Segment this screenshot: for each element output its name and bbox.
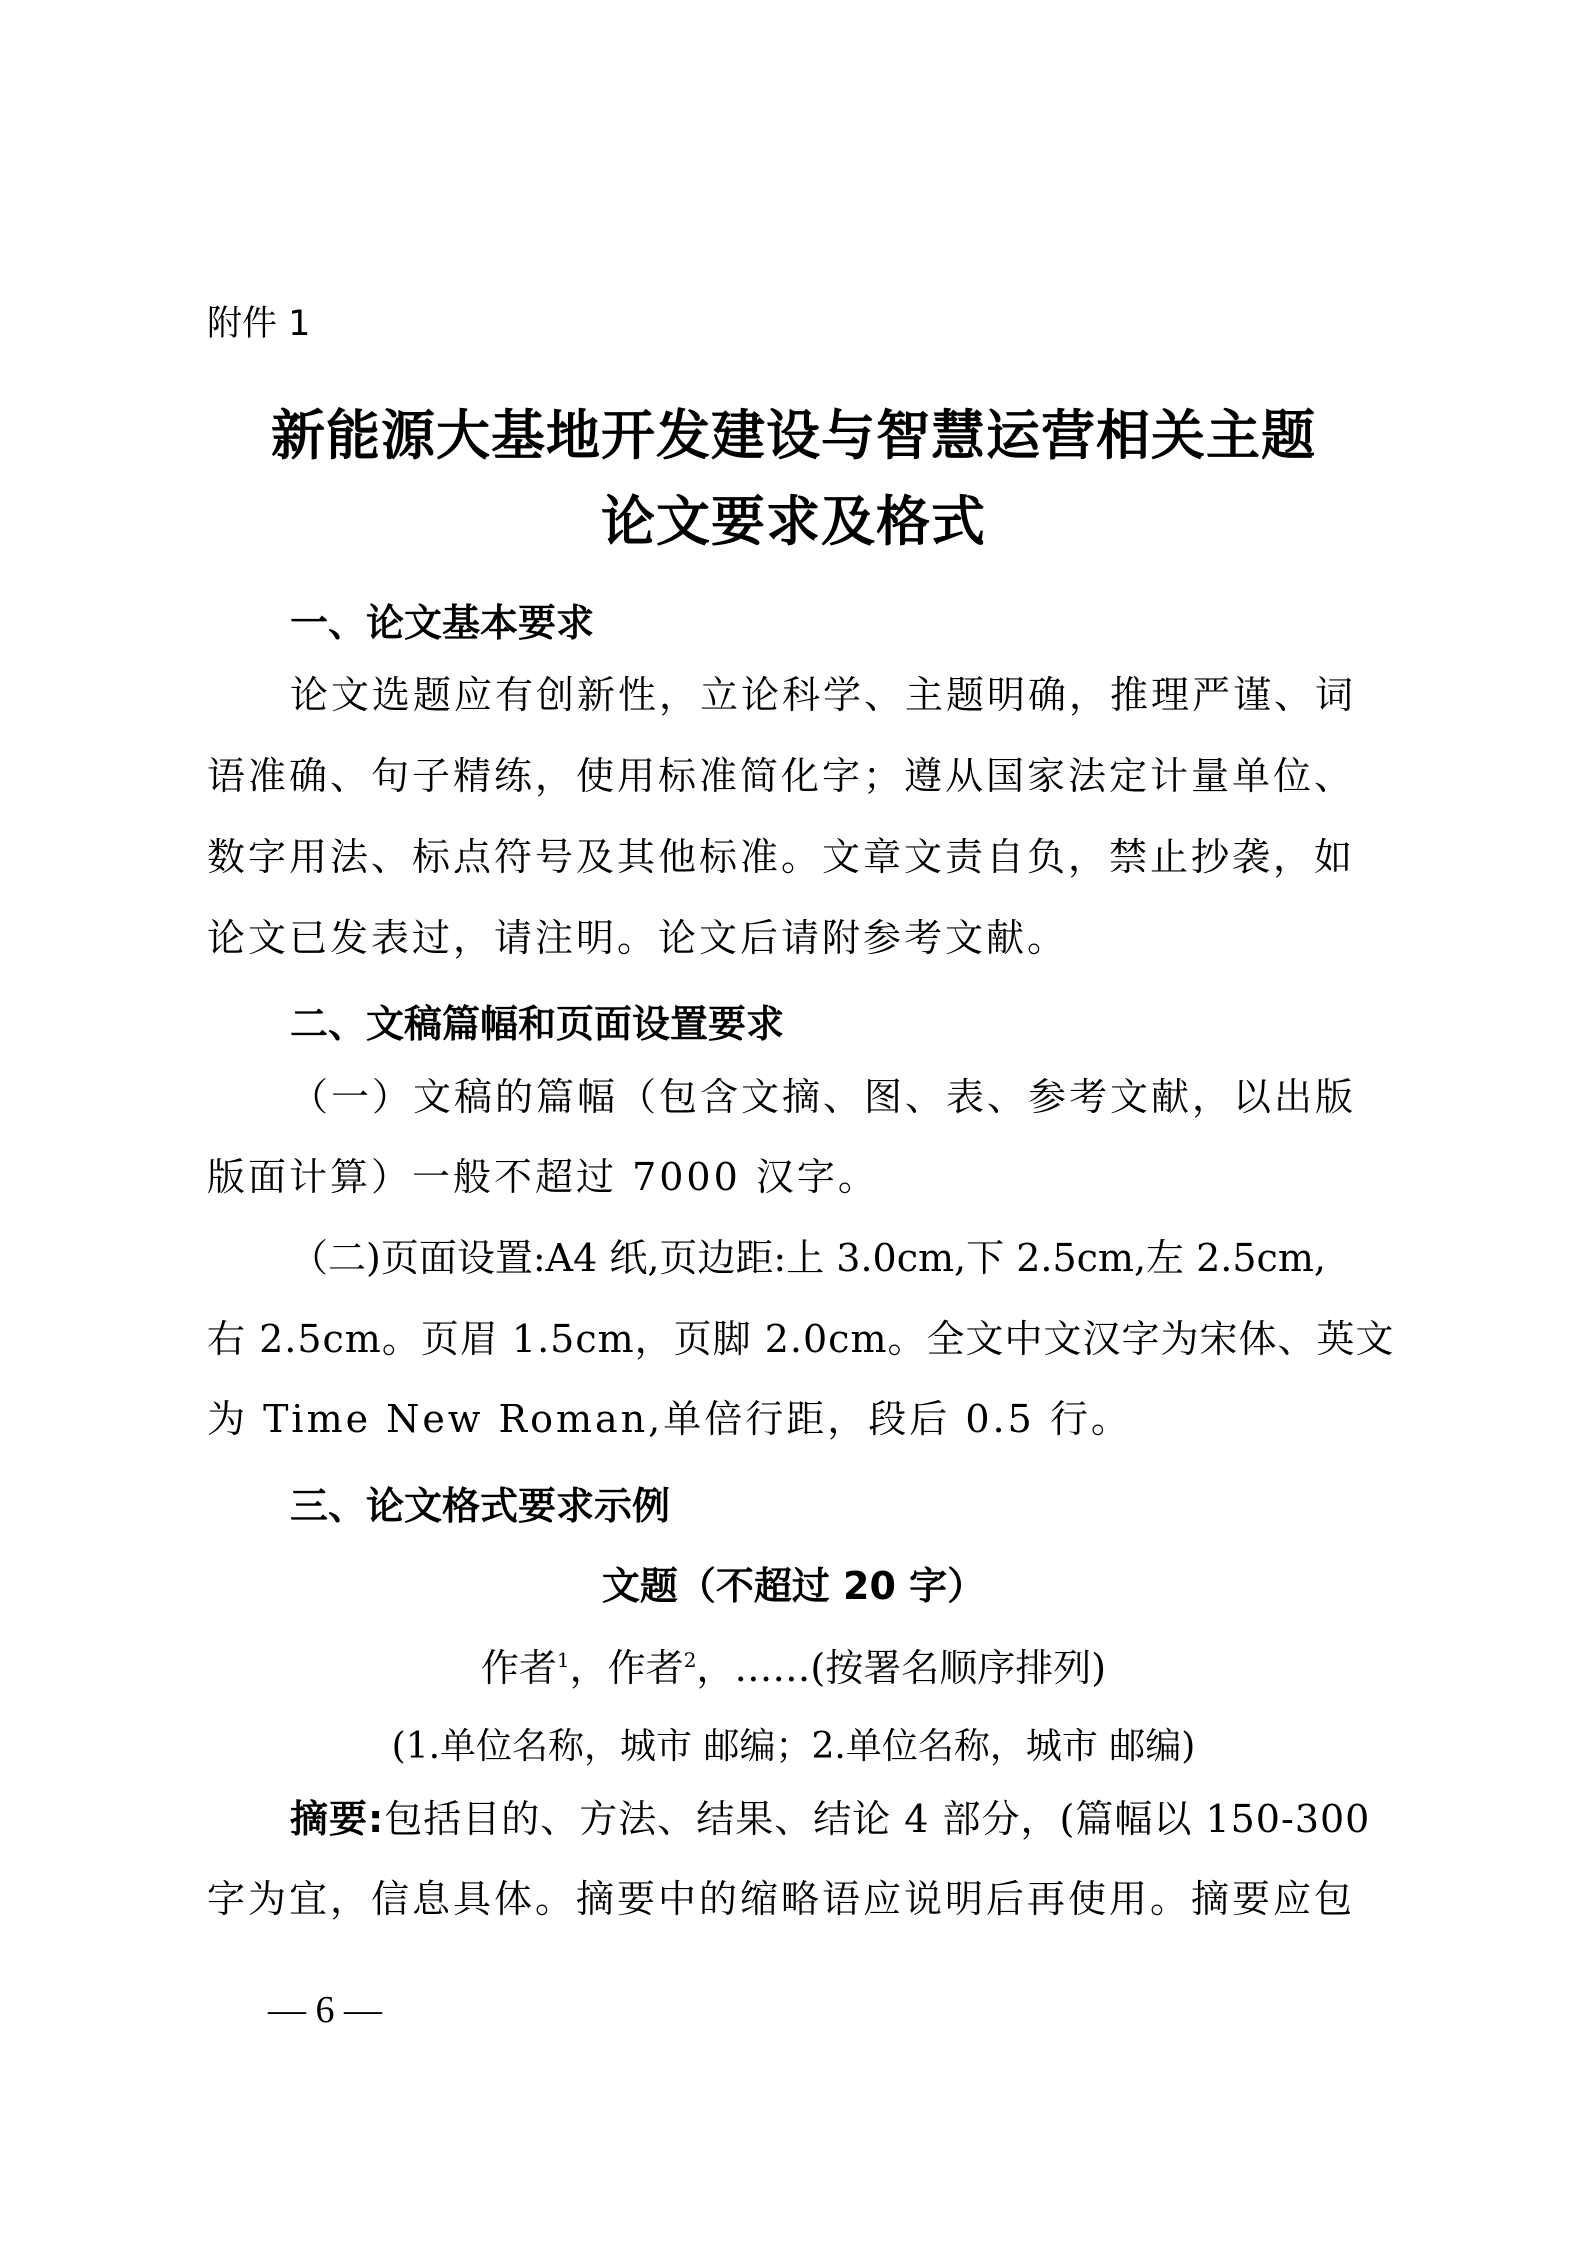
abstract-text-1: 包括目的、方法、结果、结论 4 部分，(篇幅以 150-300 xyxy=(384,1797,1370,1841)
example-abstract-line-1: 摘要:包括目的、方法、结果、结论 4 部分，(篇幅以 150-300 xyxy=(290,1800,1470,1838)
example-abstract-line-2: 字为宜，信息具体。摘要中的缩略语应说明后再使用。摘要应包 xyxy=(207,1880,1387,1918)
attachment-label: 附件 1 xyxy=(207,296,310,346)
section-1-line-2: 语准确、句子精练，使用标准简化字；遵从国家法定计量单位、 xyxy=(207,757,1387,795)
section-2-line-1: （一）文稿的篇幅（包含文摘、图、表、参考文献，以出版 xyxy=(290,1078,1470,1116)
authors-rest: ，……(按署名顺序排列) xyxy=(696,1646,1106,1690)
section-2-line-5: 为 Time New Roman,单倍行距，段后 0.5 行。 xyxy=(207,1400,1387,1438)
author-2-superscript: 2 xyxy=(684,1648,697,1672)
document-page: 附件 1 新能源大基地开发建设与智慧运营相关主题 论文要求及格式 一、论文基本要… xyxy=(0,0,1587,2245)
document-title-line-2: 论文要求及格式 xyxy=(0,479,1587,556)
section-1-line-4: 论文已发表过，请注明。论文后请附参考文献。 xyxy=(207,919,1387,957)
abstract-label: 摘要: xyxy=(290,1797,384,1841)
section-1-line-1: 论文选题应有创新性，立论科学、主题明确，推理严谨、词 xyxy=(290,676,1470,714)
author-1: 作者 xyxy=(481,1646,557,1690)
example-paper-title: 文题（不超过 20 字） xyxy=(0,1555,1587,1610)
section-2-heading: 二、文稿篇幅和页面设置要求 xyxy=(290,993,784,1048)
document-title-line-1: 新能源大基地开发建设与智慧运营相关主题 xyxy=(0,393,1587,470)
section-1-heading: 一、论文基本要求 xyxy=(290,592,594,647)
author-separator: ， xyxy=(570,1646,608,1690)
example-authors: 作者1，作者2，……(按署名顺序排列) xyxy=(0,1637,1587,1692)
section-1-line-3: 数字用法、标点符号及其他标准。文章文责自负，禁止抄袭，如 xyxy=(207,838,1387,876)
section-3-heading: 三、论文格式要求示例 xyxy=(290,1475,670,1530)
section-2-line-4: 右 2.5cm。页眉 1.5cm，页脚 2.0cm。全文中文汉字为宋体、英文 xyxy=(207,1320,1387,1358)
author-2: 作者 xyxy=(608,1646,684,1690)
example-affiliations: (1.单位名称，城市 邮编；2.单位名称，城市 邮编) xyxy=(0,1718,1587,1769)
page-number: — 6 — xyxy=(268,1988,382,2032)
author-1-superscript: 1 xyxy=(557,1648,570,1672)
section-2-line-2: 版面计算）一般不超过 7000 汉字。 xyxy=(207,1158,1387,1196)
section-2-line-3: （二)页面设置:A4 纸,页边距:上 3.0cm,下 2.5cm,左 2.5cm… xyxy=(290,1239,1470,1277)
